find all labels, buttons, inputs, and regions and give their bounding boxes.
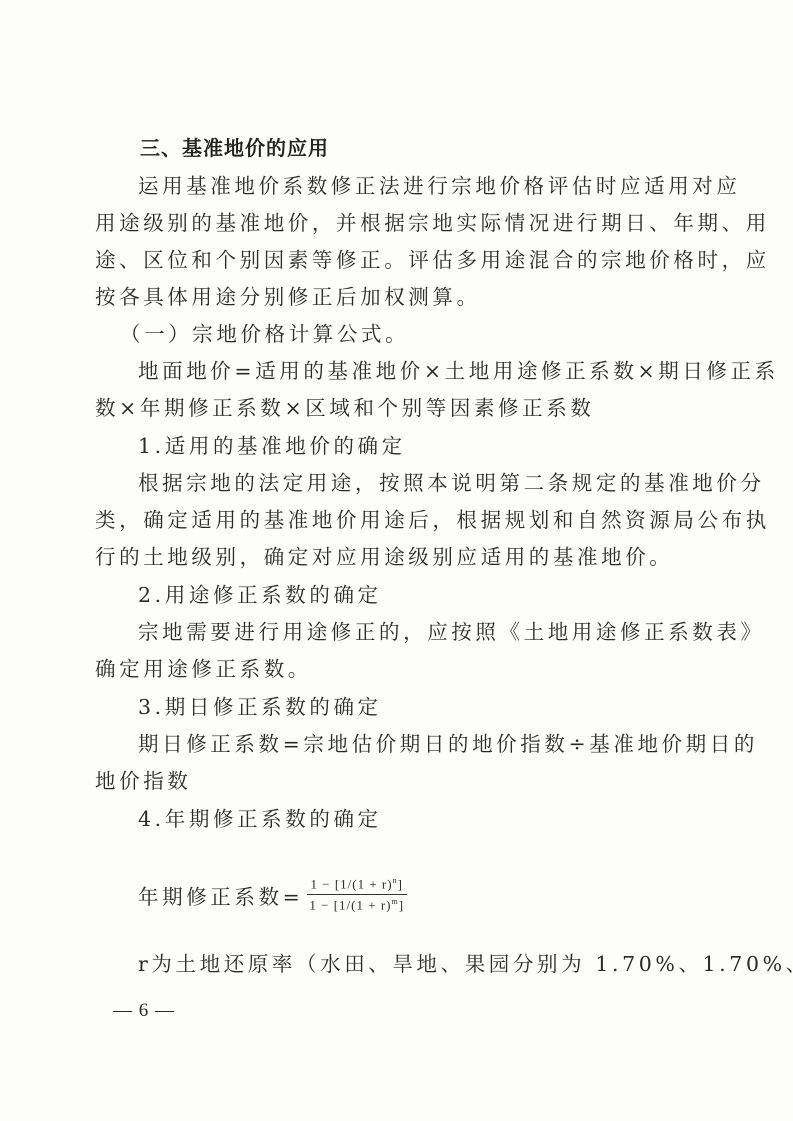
formula-line: 地面地价=适用的基准地价×土地用途修正系数×期日修正系	[138, 357, 738, 385]
fraction: 1 − [1/(1 + r)n] 1 − [1/(1 + r)m]	[305, 876, 408, 914]
paragraph-line: 宗地需要进行用途修正的，应按照《土地用途修正系数表》	[138, 618, 738, 646]
item-title: 3.期日修正系数的确定	[138, 693, 738, 721]
paragraph-line: 期日修正系数=宗地估价期日的地价指数÷基准地价期日的	[138, 730, 738, 758]
paragraph-line: 行的土地级别，确定对应用途级别应适用的基准地价。	[95, 543, 695, 571]
page-number: — 6 —	[113, 1000, 175, 1022]
formula-line: 数×年期修正系数×区域和个别等因素修正系数	[95, 394, 695, 422]
item-title: 2.用途修正系数的确定	[138, 581, 738, 609]
numerator: 1 − [1/(1 + r)n]	[307, 876, 407, 895]
section-heading: 三、基准地价的应用	[140, 134, 740, 162]
paragraph-line: r为土地还原率（水田、旱地、果园分别为 1.70%、1.70%、	[138, 950, 738, 978]
paragraph-line: 用途级别的基准地价，并根据宗地实际情况进行期日、年期、用	[95, 209, 695, 237]
item-title: 4.年期修正系数的确定	[138, 805, 738, 833]
item-title: 1.适用的基准地价的确定	[138, 432, 738, 460]
paragraph-line: 类，确定适用的基准地价用途后，根据规划和自然资源局公布执	[95, 506, 695, 534]
paragraph-line: 途、区位和个别因素等修正。评估多用途混合的宗地价格时，应	[95, 246, 695, 274]
paragraph-line: 根据宗地的法定用途，按照本说明第二条规定的基准地价分	[138, 469, 738, 497]
paragraph-line: 按各具体用途分别修正后加权测算。	[95, 283, 695, 311]
term-correction-formula: 年期修正系数= 1 − [1/(1 + r)n] 1 − [1/(1 + r)m…	[138, 876, 408, 914]
paragraph-line: 地价指数	[95, 767, 695, 795]
subsection-heading: （一）宗地价格计算公式。	[120, 320, 720, 348]
formula-label: 年期修正系数=	[138, 880, 303, 910]
paragraph-line: 确定用途修正系数。	[95, 655, 695, 683]
paragraph-line: 运用基准地价系数修正法进行宗地价格评估时应适用对应	[138, 172, 738, 200]
denominator: 1 − [1/(1 + r)m]	[305, 895, 408, 913]
